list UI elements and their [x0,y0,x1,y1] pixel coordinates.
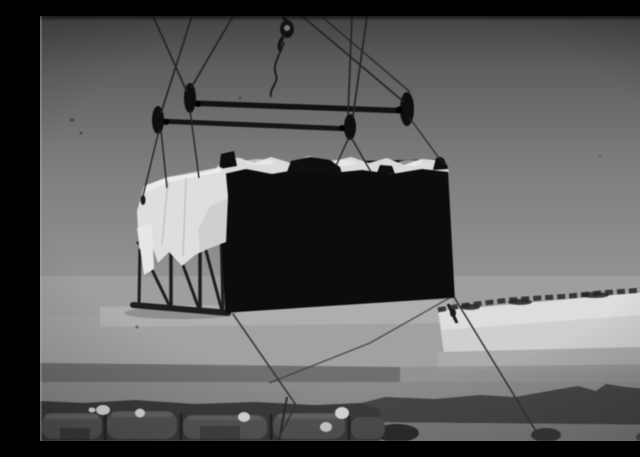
scene-drawing [40,16,640,441]
cargo-crate [218,160,454,312]
spreader-frame [152,83,414,140]
pulley-block [344,114,356,140]
film-still-photo [40,16,640,441]
shore-strip [358,422,640,441]
crane-hook [271,16,294,97]
loose-rope [271,42,284,97]
spreader-bar-far [159,121,351,129]
canvas-tarp [137,167,228,275]
spreader-bar-near [190,103,409,111]
photo-layers [40,16,640,441]
